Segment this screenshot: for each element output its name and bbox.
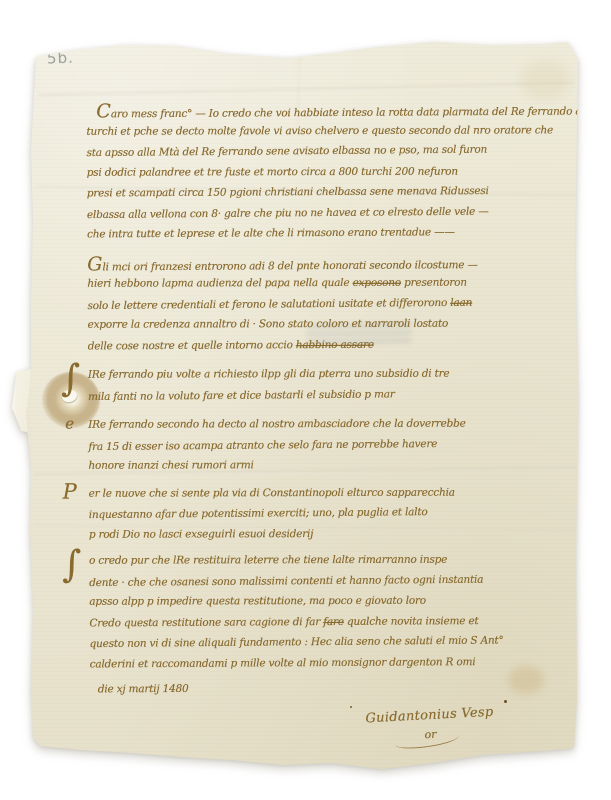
margin-mark: e — [65, 417, 74, 432]
paragraph-6: ∫ o credo pur che lRe restituira leterre… — [89, 549, 555, 675]
line-text: qualche novita insieme et — [344, 615, 479, 628]
letter-line: delle cose nostre et quelle intorno acci… — [88, 333, 553, 356]
letter-line: p rodi Dio no lasci exseguirli esuoi des… — [89, 523, 554, 545]
letter-line: honore inanzi chesi rumori armi — [88, 454, 553, 476]
paragraph-4: e IRe ferrando secondo ha decto al nostr… — [88, 413, 553, 477]
letter-text-block: Caro mess franc° — Io credo che voi habb… — [86, 99, 555, 700]
paragraph-5: P er le nuove che si sente pla via di Co… — [89, 481, 554, 545]
line-text: hieri hebbono lapma audienza del papa ne… — [87, 277, 352, 290]
paragraph-3: ∫ IRe ferrando piu volte a richiesto ilp… — [88, 363, 553, 407]
letter-line: calderini et raccomandami p mille volte … — [90, 651, 555, 674]
letter-line: IRe ferrando piu volte a richiesto ilpp … — [88, 363, 553, 385]
signature-swash-line — [394, 729, 459, 752]
line-text: Credo questa restitutione sara cagione d… — [89, 615, 323, 628]
struck-word: exposono — [352, 277, 400, 289]
ink-speck — [350, 706, 352, 708]
letter-line: er le nuove che si sente pla via di Cons… — [89, 482, 554, 504]
letter-line: che intra tutte et leprese et le alte ch… — [87, 222, 552, 245]
letter-line: elbassa alla vellona con 8· galre che pi… — [87, 200, 552, 225]
letter-line: turchi et pche se decto molte favole vi … — [86, 120, 551, 142]
line-text: presentoron — [401, 277, 467, 289]
letter-line: solo le lettere credentiali et ferono le… — [87, 291, 552, 316]
margin-mark: P — [62, 481, 76, 502]
letter-line: apsso alpp p impedire questa restitution… — [89, 590, 554, 612]
letter-line: fra 15 di esser iso acampa atranto che s… — [88, 432, 553, 457]
letter-line: hieri hebbono lapma audienza del papa ne… — [87, 272, 552, 294]
letter-line: mila fanti no la voluto fare et dice bas… — [88, 382, 553, 407]
ink-speck — [504, 700, 507, 703]
corner-stain — [520, 60, 570, 100]
letter-line: questo non vi di sine aliquali fundament… — [89, 630, 554, 655]
struck-word: habbino assare — [296, 338, 374, 350]
signature-block: Guidantonius Vesp or — [359, 704, 501, 748]
folio-number: 5b. — [47, 49, 74, 68]
manuscript-photo: 5b. Caro mess franc° — Io credo che voi … — [0, 0, 611, 800]
paragraph-2: Gli mci ori franzesi entrorono adi 8 del… — [87, 251, 553, 356]
letter-line: Gli mci ori franzesi entrorono adi 8 del… — [87, 251, 552, 274]
struck-word: fare — [323, 615, 344, 627]
letter-line: IRe ferrando secondo ha decto al nostro … — [88, 413, 553, 435]
letter-line: exporre la credenza annaltro di · Sono s… — [88, 313, 553, 335]
letter-line: dente · che che osanesi sono malissimi c… — [89, 568, 554, 593]
dateline: die xj martij 1480 — [98, 677, 555, 700]
margin-mark: ∫ — [61, 359, 80, 396]
letter-line: inquestanno afar due potentissimi exerci… — [89, 501, 554, 526]
struck-word: laan — [450, 296, 472, 308]
letter-line: presi et scampati circa 150 pgioni chris… — [87, 181, 552, 204]
letter-line: o credo pur che lRe restituira leterre c… — [89, 549, 554, 571]
margin-mark: ∫ — [62, 545, 81, 582]
letter-paper: 5b. Caro mess franc° — Io credo che voi … — [0, 0, 611, 800]
paper-crease — [38, 82, 574, 98]
letter-line: sta apsso alla Mtà del Re ferrando sene … — [86, 139, 551, 164]
paragraph-1: Caro mess franc° — Io credo che voi habb… — [86, 99, 552, 245]
line-text: delle cose nostre et quelle intorno acci… — [88, 339, 296, 352]
paper-shadow-wrap: 5b. Caro mess franc° — Io credo che voi … — [0, 0, 611, 800]
line-text: solo le lettere credentiali et ferono le… — [87, 296, 450, 311]
letter-line: psi dodici palandree et tre fuste et mor… — [87, 161, 552, 183]
letter-line: Caro mess franc° — Io credo che voi habb… — [86, 99, 551, 122]
